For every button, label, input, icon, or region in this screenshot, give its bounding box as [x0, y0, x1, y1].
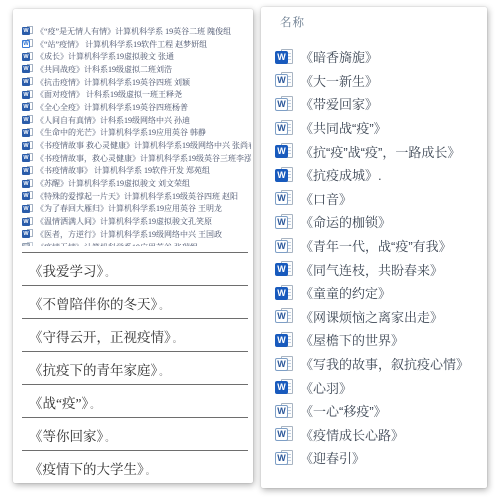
file-entry-text: 《抗击疫情》计算机科学系19英谷四班 刘颖 [36, 77, 190, 88]
word-file-icon: W [22, 242, 33, 246]
file-name: 《同气连枝，共盼春来》 [300, 260, 443, 279]
word-w-glyph: W [22, 154, 30, 162]
word-file-icon: W [22, 204, 33, 214]
word-file-icon: W [275, 379, 293, 395]
file-name: 《心羽》 [300, 378, 352, 397]
word-w-glyph: W [275, 74, 288, 87]
paragraph-mark: 。 [90, 400, 99, 410]
work-title-table: 《我爱学习》。 《不曾陪伴你的冬天》。 《守得云开，正视疫情》。 《抗疫下的青年… [22, 252, 248, 483]
word-w-glyph: W [22, 167, 30, 175]
word-file-icon: W [22, 90, 33, 100]
file-entry-text: 《成长》计算机科学系19虚拟骏文 张通 [36, 51, 174, 62]
work-title-row: 《不曾陪伴你的冬天》。 [22, 285, 248, 318]
submission-file-list: W 《“疫”是无情人有情》计算机科学系 19英谷二班 隗俊组 W 《“站”疫情》… [22, 25, 251, 246]
file-entry-text: 《温情洒满人间》计算机科学系19虚拟骏文孔笑原 [36, 216, 212, 227]
word-w-glyph: W [22, 218, 30, 226]
file-list-item[interactable]: W 《为了春回大雁归》计算机科学系19应用英谷 王明龙 [22, 203, 251, 216]
word-w-glyph: W [275, 98, 288, 111]
right-explorer-page: 名称 W 《暗香旖旎》 W 《大一新生》 [261, 7, 487, 488]
word-file-icon: W [275, 120, 293, 136]
word-file-icon: W [275, 261, 293, 277]
word-w-glyph: W [275, 428, 288, 441]
file-row[interactable]: W 《网课烦恼之离家出走》 [275, 305, 481, 329]
left-document-page: W 《“疫”是无情人有情》计算机科学系 19英谷二班 隗俊组 W 《“站”疫情》… [13, 9, 253, 483]
file-entry-text: 《“疫”是无情人有情》计算机科学系 19英谷二班 隗俊组 [36, 26, 231, 37]
work-title-row: 《我爱学习》。 [22, 252, 248, 285]
word-w-glyph: W [275, 122, 288, 135]
file-list-item[interactable]: W 《温情洒满人间》计算机科学系19虚拟骏文孔笑原 [22, 215, 251, 228]
word-file-icon: W [275, 49, 293, 65]
word-file-icon: W [275, 332, 293, 348]
word-file-icon: W [22, 229, 33, 239]
document-file-list: W 《暗香旖旎》 W 《大一新生》 W 《带爱回家》 [275, 45, 481, 470]
file-name: 《网课烦恼之离家出走》 [300, 307, 443, 326]
file-row[interactable]: W 《一心“移疫”》 [275, 399, 481, 423]
word-file-icon: W [275, 426, 293, 442]
word-file-icon: W [22, 115, 33, 125]
paragraph-mark: 。 [159, 301, 168, 311]
work-title: 《守得云开，正视疫情》 [29, 330, 171, 345]
word-w-glyph: W [22, 192, 30, 200]
file-row[interactable]: W 《抗疫成城》. [275, 163, 481, 187]
file-list-item[interactable]: W 《疫情无情》计算机科学系19应用英谷 张瑞组 [22, 241, 251, 246]
file-row[interactable]: W 《口音》 [275, 187, 481, 211]
word-file-icon: W [275, 190, 293, 206]
word-file-icon: W [22, 26, 33, 36]
file-entry-text: 《苏醒》计算机科学系19虚拟骏文 刘文荣组 [36, 178, 190, 189]
file-row[interactable]: W 《暗香旖旎》 [275, 45, 481, 69]
word-w-glyph: W [22, 27, 30, 35]
word-w-glyph: W [275, 263, 288, 276]
name-column-header[interactable]: 名称 [280, 14, 305, 30]
file-list-item[interactable]: W 《面对疫情》 计科系19级虚拟一班王释尧 [22, 88, 251, 101]
file-name: 《疫情成长心路》 [300, 425, 404, 444]
word-w-glyph: W [22, 78, 30, 86]
file-row[interactable]: W 《迎春引》 [275, 446, 481, 470]
word-w-glyph: W [275, 452, 288, 465]
file-entry-text: 《共同战疫》计科系19级虚拟二班刘浩 [36, 64, 172, 75]
file-list-item[interactable]: W 《抗击疫情》计算机科学系19英谷四班 刘颖 [22, 76, 251, 89]
word-w-glyph: W [275, 169, 288, 182]
file-name: 《命运的枷锁》 [300, 212, 391, 231]
file-list-item[interactable]: W 《医者，方逆行》计算机科学系19级网络中兴 王国政 [22, 228, 251, 241]
word-file-icon: W [22, 191, 33, 201]
file-name: 《一心“移疫”》 [300, 401, 387, 420]
word-file-icon: W [275, 238, 293, 254]
file-entry-text: 《面对疫情》 计科系19级虚拟一班王释尧 [36, 89, 182, 100]
file-entry-text: 《全心全疫》计算机科学系19英谷四班杨普 [36, 102, 188, 113]
file-row[interactable]: W 《屋檐下的世界》 [275, 328, 481, 352]
file-name: 《童童的约定》 [300, 283, 391, 302]
file-row[interactable]: W 《抗“疫”战“疫”，一路成长》 [275, 139, 481, 163]
word-w-glyph: W [275, 381, 288, 394]
file-row[interactable]: W 《写我的故事，叙抗疫心情》 [275, 352, 481, 376]
word-w-glyph: W [275, 358, 288, 371]
word-file-icon: W [22, 77, 33, 87]
file-row[interactable]: W 《青年一代，战“疫”有我》 [275, 234, 481, 258]
work-title-row: 《守得云开，正视疫情》。 [22, 318, 248, 351]
file-list-item[interactable]: W 《“疫”是无情人有情》计算机科学系 19英谷二班 隗俊组 [22, 25, 251, 38]
file-list-item[interactable]: W 《书疫情故事，救心灵健康》计算机科学系19级英谷三班李泓君 [22, 152, 251, 165]
word-w-glyph: W [22, 230, 30, 238]
word-w-glyph: W [22, 91, 30, 99]
word-file-icon: W [22, 39, 33, 49]
word-file-icon: W [275, 356, 293, 372]
word-file-icon: W [275, 167, 293, 183]
file-list-item[interactable]: W 《人间自有真情》计科系19级网络中兴 孙迪 [22, 114, 251, 127]
file-name: 《屋檐下的世界》 [300, 330, 404, 349]
word-w-glyph: W [22, 180, 30, 188]
file-row[interactable]: W 《共同战“疫”》 [275, 116, 481, 140]
word-file-icon: W [275, 96, 293, 112]
word-w-glyph: W [22, 205, 30, 213]
word-w-glyph: W [275, 287, 288, 300]
word-file-icon: W [22, 153, 33, 163]
file-entry-text: 《书疫情故事，救心灵健康》计算机科学系19级英谷三班李泓君 [36, 153, 251, 164]
word-w-glyph: W [22, 243, 30, 246]
file-row[interactable]: W 《大一新生》 [275, 69, 481, 93]
file-name: 《抗“疫”战“疫”，一路成长》 [300, 142, 460, 161]
work-title-row: 《疫情下的大学生》。 [22, 450, 248, 483]
word-file-icon: W [275, 143, 293, 159]
file-name: 《暗香旖旎》 [300, 47, 378, 66]
word-file-icon: W [22, 52, 33, 62]
word-w-glyph: W [22, 116, 30, 124]
word-w-glyph: W [275, 192, 288, 205]
word-file-icon: W [22, 166, 33, 176]
file-list-item[interactable]: W 《书疫情故事》 计算机科学系 19软件开发 郑苑组 [22, 165, 251, 178]
file-name: 《带爱回家》 [300, 94, 378, 113]
word-w-glyph: W [275, 51, 288, 64]
paragraph-mark: 。 [159, 367, 168, 377]
work-title-row: 《抗疫下的青年家庭》。 [22, 351, 248, 384]
file-name: 《青年一代，战“疫”有我》 [300, 236, 452, 255]
word-file-icon: W [275, 214, 293, 230]
work-title: 《抗疫下的青年家庭》 [29, 363, 157, 378]
file-row[interactable]: W 《疫情成长心路》 [275, 423, 481, 447]
file-list-item[interactable]: W 《生命中的光芒》计算机科学系19应用英谷 韩静 [22, 127, 251, 140]
file-list-item[interactable]: W 《成长》计算机科学系19虚拟骏文 张通 [22, 50, 251, 63]
file-entry-text: 《特殊的爱撑起一片天》计算机科学系19级英谷四班 赵阳 [36, 191, 238, 202]
word-file-icon: W [22, 102, 33, 112]
file-list-item[interactable]: W 《书疫情故事 救心灵健康》计算机科学系19级网络中兴 张尚春 [22, 139, 251, 152]
word-file-icon: W [22, 64, 33, 74]
word-file-icon: W [275, 403, 293, 419]
file-entry-text: 《人间自有真情》计科系19级网络中兴 孙迪 [36, 115, 190, 126]
file-name: 《迎春引》 [300, 448, 365, 467]
file-entry-text: 《生命中的光芒》计算机科学系19应用英谷 韩静 [36, 127, 206, 138]
work-title-row: 《战“疫”》。 [22, 384, 248, 417]
file-row[interactable]: W 《心羽》 [275, 375, 481, 399]
file-list-item[interactable]: W 《苏醒》计算机科学系19虚拟骏文 刘文荣组 [22, 177, 251, 190]
file-list-item[interactable]: W 《共同战疫》计科系19级虚拟二班刘浩 [22, 63, 251, 76]
file-entry-text: 《书疫情故事 救心灵健康》计算机科学系19级网络中兴 张尚春 [36, 140, 251, 151]
paragraph-mark: 。 [146, 466, 155, 476]
file-name: 《写我的故事，叙抗疫心情》 [300, 354, 469, 373]
word-w-glyph: W [22, 142, 30, 150]
file-entry-text: 《医者，方逆行》计算机科学系19级网络中兴 王国政 [36, 229, 222, 240]
work-title: 《战“疫”》 [29, 396, 88, 411]
file-row[interactable]: W 《带爱回家》 [275, 92, 481, 116]
word-file-icon: W [275, 308, 293, 324]
word-w-glyph: W [22, 53, 30, 61]
file-name: 《大一新生》 [300, 71, 378, 90]
word-w-glyph: W [275, 145, 288, 158]
word-file-icon: W [22, 217, 33, 227]
word-w-glyph: W [275, 310, 288, 323]
file-entry-text: 《书疫情故事》 计算机科学系 19软件开发 郑苑组 [36, 165, 210, 176]
word-file-icon: W [22, 141, 33, 151]
word-file-icon: W [275, 72, 293, 88]
file-name: 《抗疫成城》. [300, 165, 382, 184]
word-w-glyph: W [22, 129, 30, 137]
word-w-glyph: W [275, 240, 288, 253]
file-list-item[interactable]: W 《特殊的爱撑起一片天》计算机科学系19级英谷四班 赵阳 [22, 190, 251, 203]
word-file-icon: W [275, 450, 293, 466]
word-w-glyph: W [22, 40, 30, 48]
file-name: 《共同战“疫”》 [300, 118, 387, 137]
word-w-glyph: W [275, 405, 288, 418]
word-file-icon: W [275, 285, 293, 301]
file-list-item[interactable]: W 《“站”疫情》 计算机科学系19软件工程 赵梦妍组 [22, 38, 251, 51]
word-file-icon: W [22, 179, 33, 189]
paragraph-mark: 。 [173, 334, 182, 344]
word-w-glyph: W [275, 334, 288, 347]
file-entry-text: 《“站”疫情》 计算机科学系19软件工程 赵梦妍组 [36, 39, 207, 50]
file-entry-text: 《疫情无情》计算机科学系19应用英谷 张瑞组 [36, 242, 198, 246]
work-title: 《疫情下的大学生》 [29, 462, 144, 477]
word-w-glyph: W [275, 216, 288, 229]
work-title: 《等你回家》 [29, 429, 103, 444]
file-row[interactable]: W 《童童的约定》 [275, 281, 481, 305]
work-title: 《我爱学习》 [29, 264, 103, 279]
file-list-item[interactable]: W 《全心全疫》计算机科学系19英谷四班杨普 [22, 101, 251, 114]
file-entry-text: 《为了春回大雁归》计算机科学系19应用英谷 王明龙 [36, 203, 222, 214]
paragraph-mark: 。 [105, 268, 114, 278]
file-row[interactable]: W 《命运的枷锁》 [275, 210, 481, 234]
work-title-row: 《等你回家》。 [22, 417, 248, 450]
file-row[interactable]: W 《同气连枝，共盼春来》 [275, 257, 481, 281]
work-title: 《不曾陪伴你的冬天》 [29, 297, 157, 312]
word-w-glyph: W [22, 65, 30, 73]
paragraph-mark: 。 [105, 433, 114, 443]
word-w-glyph: W [22, 103, 30, 111]
word-file-icon: W [22, 128, 33, 138]
file-name: 《口音》 [300, 189, 352, 208]
